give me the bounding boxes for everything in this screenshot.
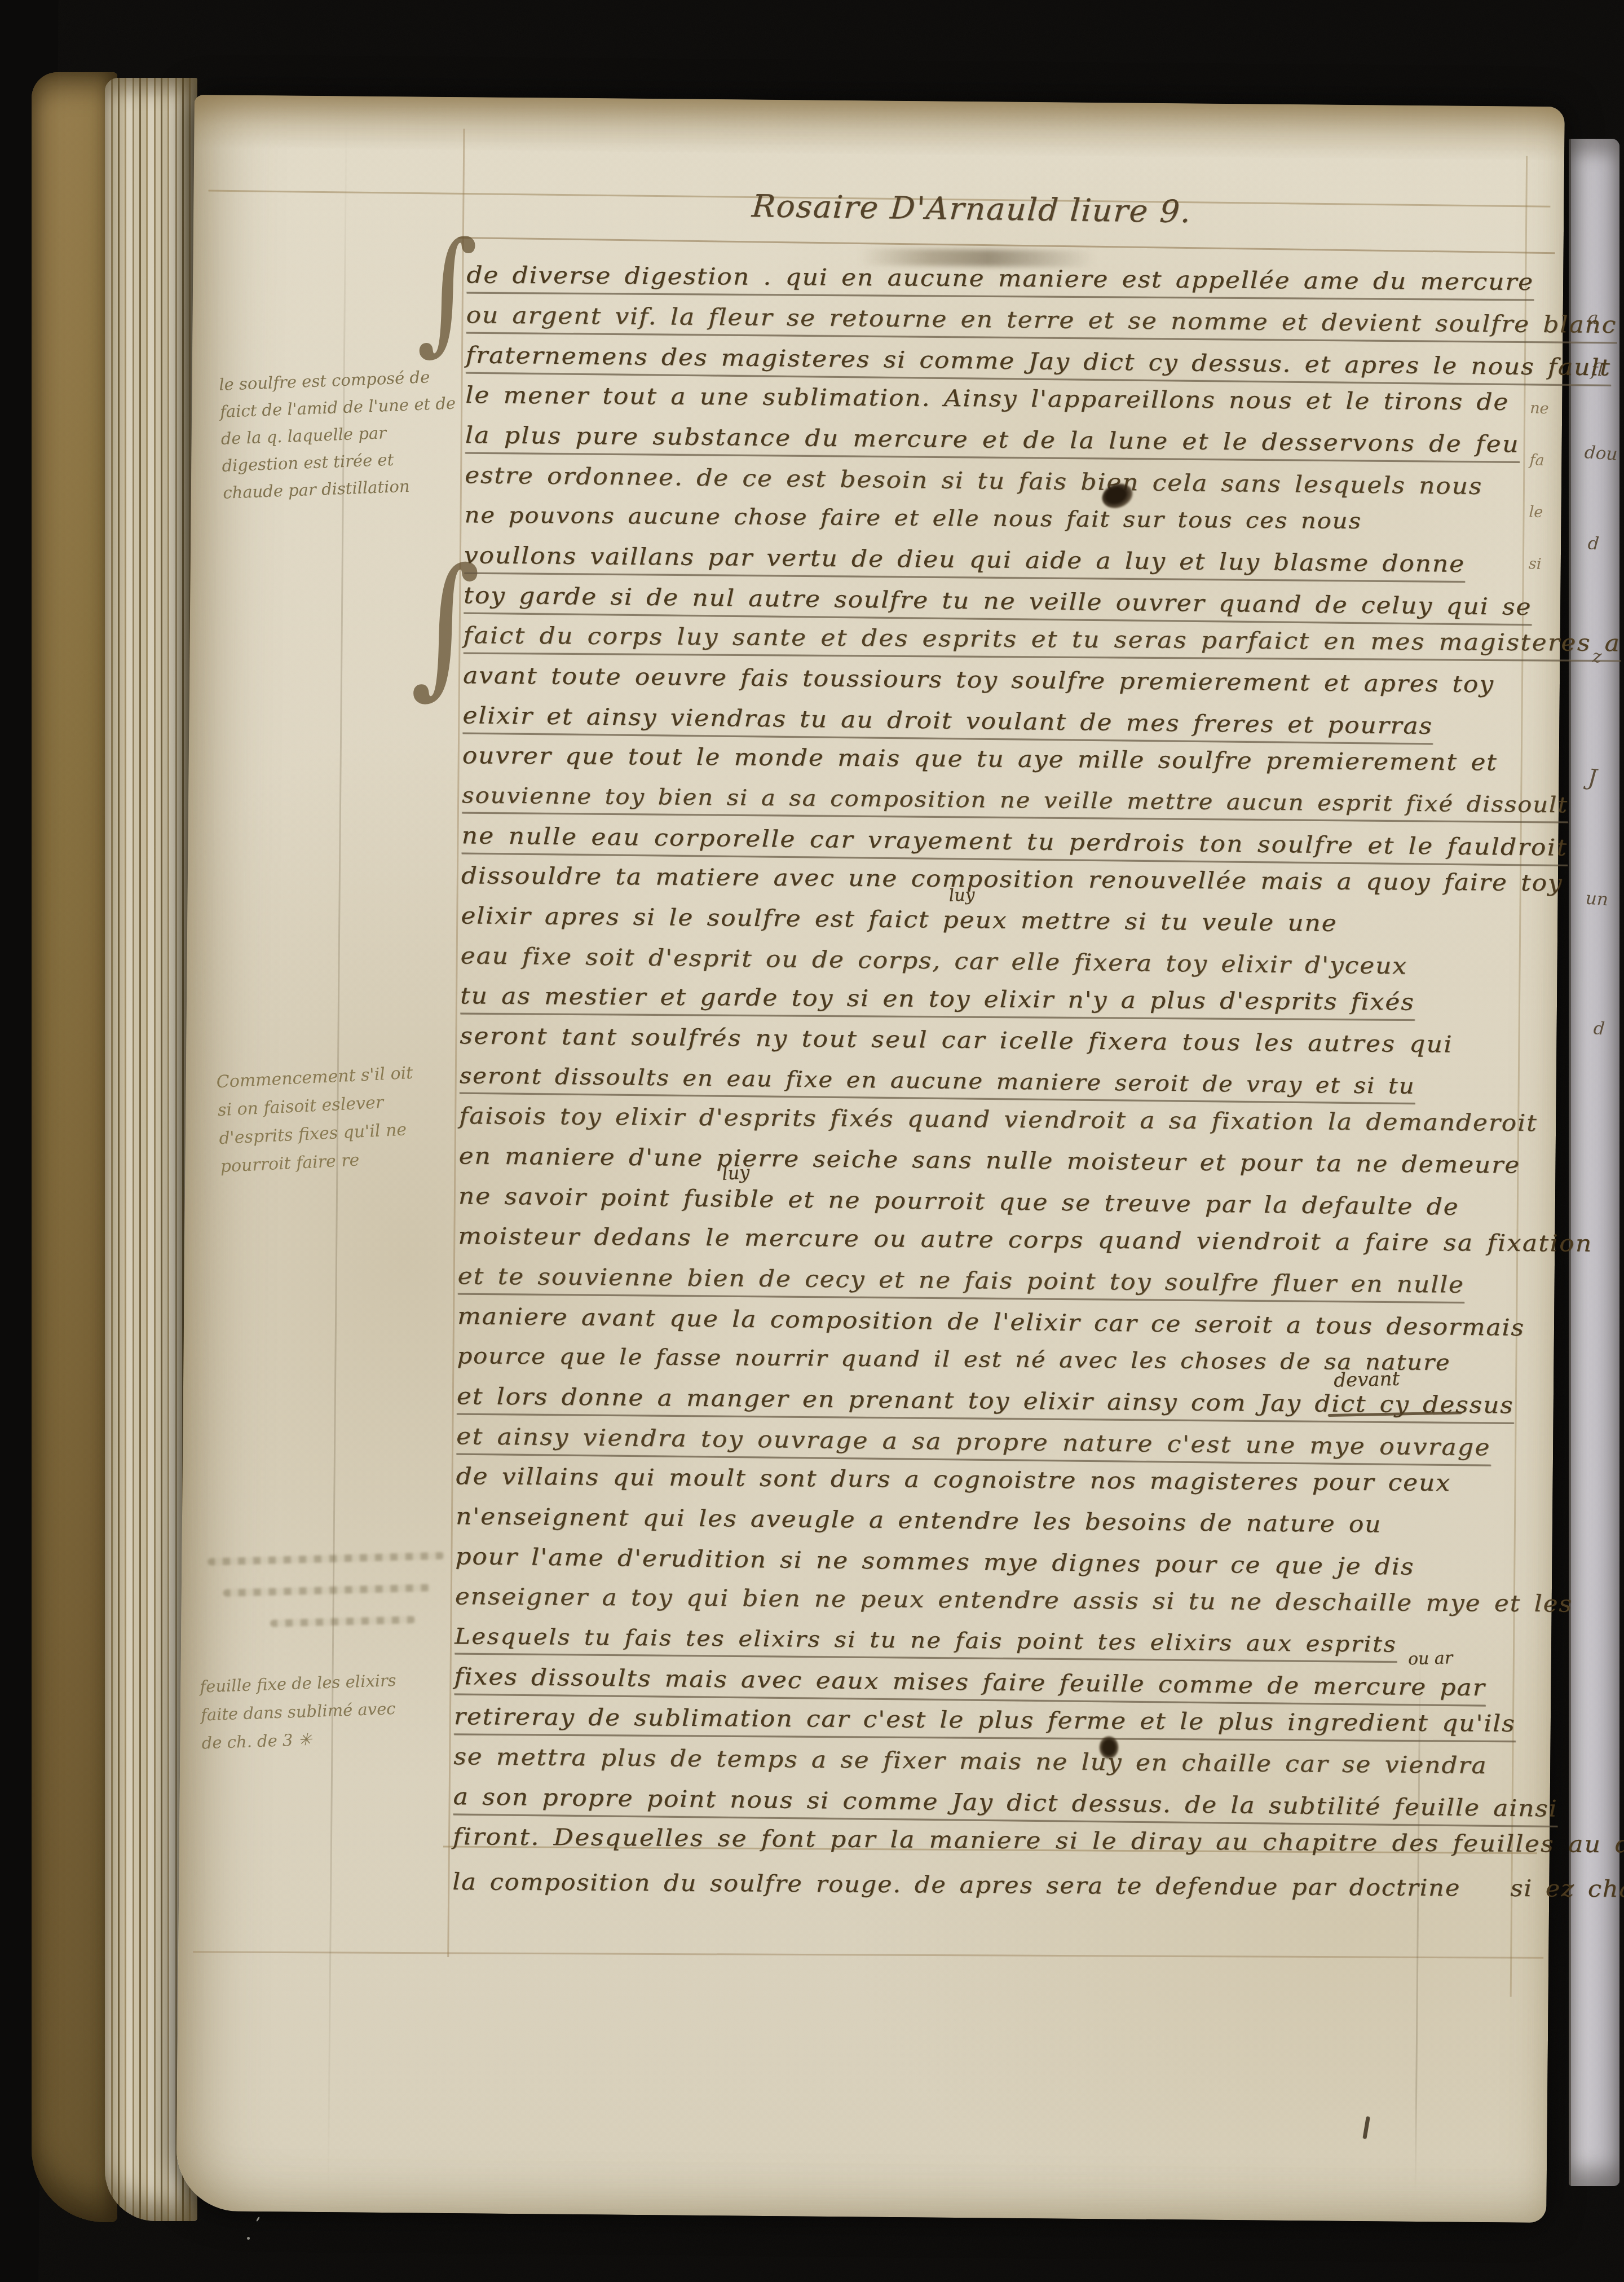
right-margin-fragment: fa xyxy=(1528,451,1548,504)
page-title: Rosaire D'Arnauld liure 9. xyxy=(689,187,1255,231)
interlinear-correction: devant xyxy=(1334,1368,1400,1392)
ink-blot xyxy=(1099,1736,1118,1759)
faded-illegible-margin-note xyxy=(208,1548,480,1645)
manuscript-page: Rosaire D'Arnauld liure 9. ∫ ∫ de divers… xyxy=(176,95,1565,2223)
margin-note-feuille-fixe: feuille fixe de les elixirsfaite dans su… xyxy=(200,1666,399,1757)
faded-ink-stroke xyxy=(223,1584,430,1597)
margin-note-sulphur: le soulfre est composé defaict de l'amid… xyxy=(218,363,459,506)
interlinear-insertion: luy xyxy=(948,885,975,906)
manuscript-text-line: de diverse digestion . qui en aucune man… xyxy=(466,255,1616,303)
manuscript-text-line: tu as mestier et garde toy si en toy eli… xyxy=(460,976,1610,1024)
main-text-block: de diverse digestion . qui en aucune man… xyxy=(453,255,1541,1866)
manuscript-text-line: enseigner a toy qui bien ne peux entendr… xyxy=(455,1576,1605,1624)
manuscript-text-line: faisois toy elixir d'esprits fixés quand… xyxy=(459,1096,1609,1144)
manuscript-text-line: ne pouvons aucune chose faire et elle no… xyxy=(464,495,1614,543)
dust-speck xyxy=(256,2217,260,2222)
manuscript-text-line: pource que le fasse nourrir quand il est… xyxy=(457,1336,1607,1384)
catchword: si ez chap xyxy=(1510,1875,1624,1903)
manuscript-scan: afldoudzJund Rosaire D'Arnauld liure 9. … xyxy=(0,0,1624,2282)
manuscript-text-line: firont. Desquelles se font par la manier… xyxy=(453,1817,1603,1865)
manuscript-text-line: ouvrer que tout le monde mais que tu aye… xyxy=(462,735,1612,783)
right-margin-fragment: le xyxy=(1527,503,1548,556)
manuscript-text-line: faict du corps luy sante et des esprits … xyxy=(463,615,1613,663)
manuscript-text-line: de villains qui moult sont durs a cognoi… xyxy=(456,1456,1605,1504)
faded-ink-stroke xyxy=(208,1552,444,1566)
right-margin-fragment: si xyxy=(1527,555,1548,607)
manuscript-text-line: moisteur dedans le mercure ou autre corp… xyxy=(458,1216,1608,1264)
final-text-line: la composition du soulfre rouge. de apre… xyxy=(452,1868,1624,1902)
stray-pen-mark xyxy=(1362,2116,1370,2139)
faded-ink-stroke xyxy=(270,1616,416,1627)
final-line-text: la composition du soulfre rouge. de apre… xyxy=(452,1868,1460,1901)
ruling-line-bottom-outer xyxy=(193,1951,1543,1958)
dust-speck xyxy=(247,2237,250,2240)
interlinear-insertion: luy xyxy=(721,1161,750,1184)
interlinear-insertion: ou ar xyxy=(1407,1648,1453,1669)
manuscript-text-line: dissouldre ta matiere avec une compositi… xyxy=(461,856,1611,904)
margin-note-line: de ch. de 3 ✳ xyxy=(201,1722,399,1757)
manuscript-text-line: le mener tout a une sublimation. Ainsy l… xyxy=(465,375,1615,423)
margin-note-commencement: Commencement s'il oitsi on faisoit eslev… xyxy=(216,1059,418,1181)
right-margin-fragments: nefalesi xyxy=(1528,400,1548,607)
manuscript-text-line: retireray de sublimation car c'est le pl… xyxy=(454,1697,1604,1744)
right-margin-fragment: ne xyxy=(1528,399,1549,452)
